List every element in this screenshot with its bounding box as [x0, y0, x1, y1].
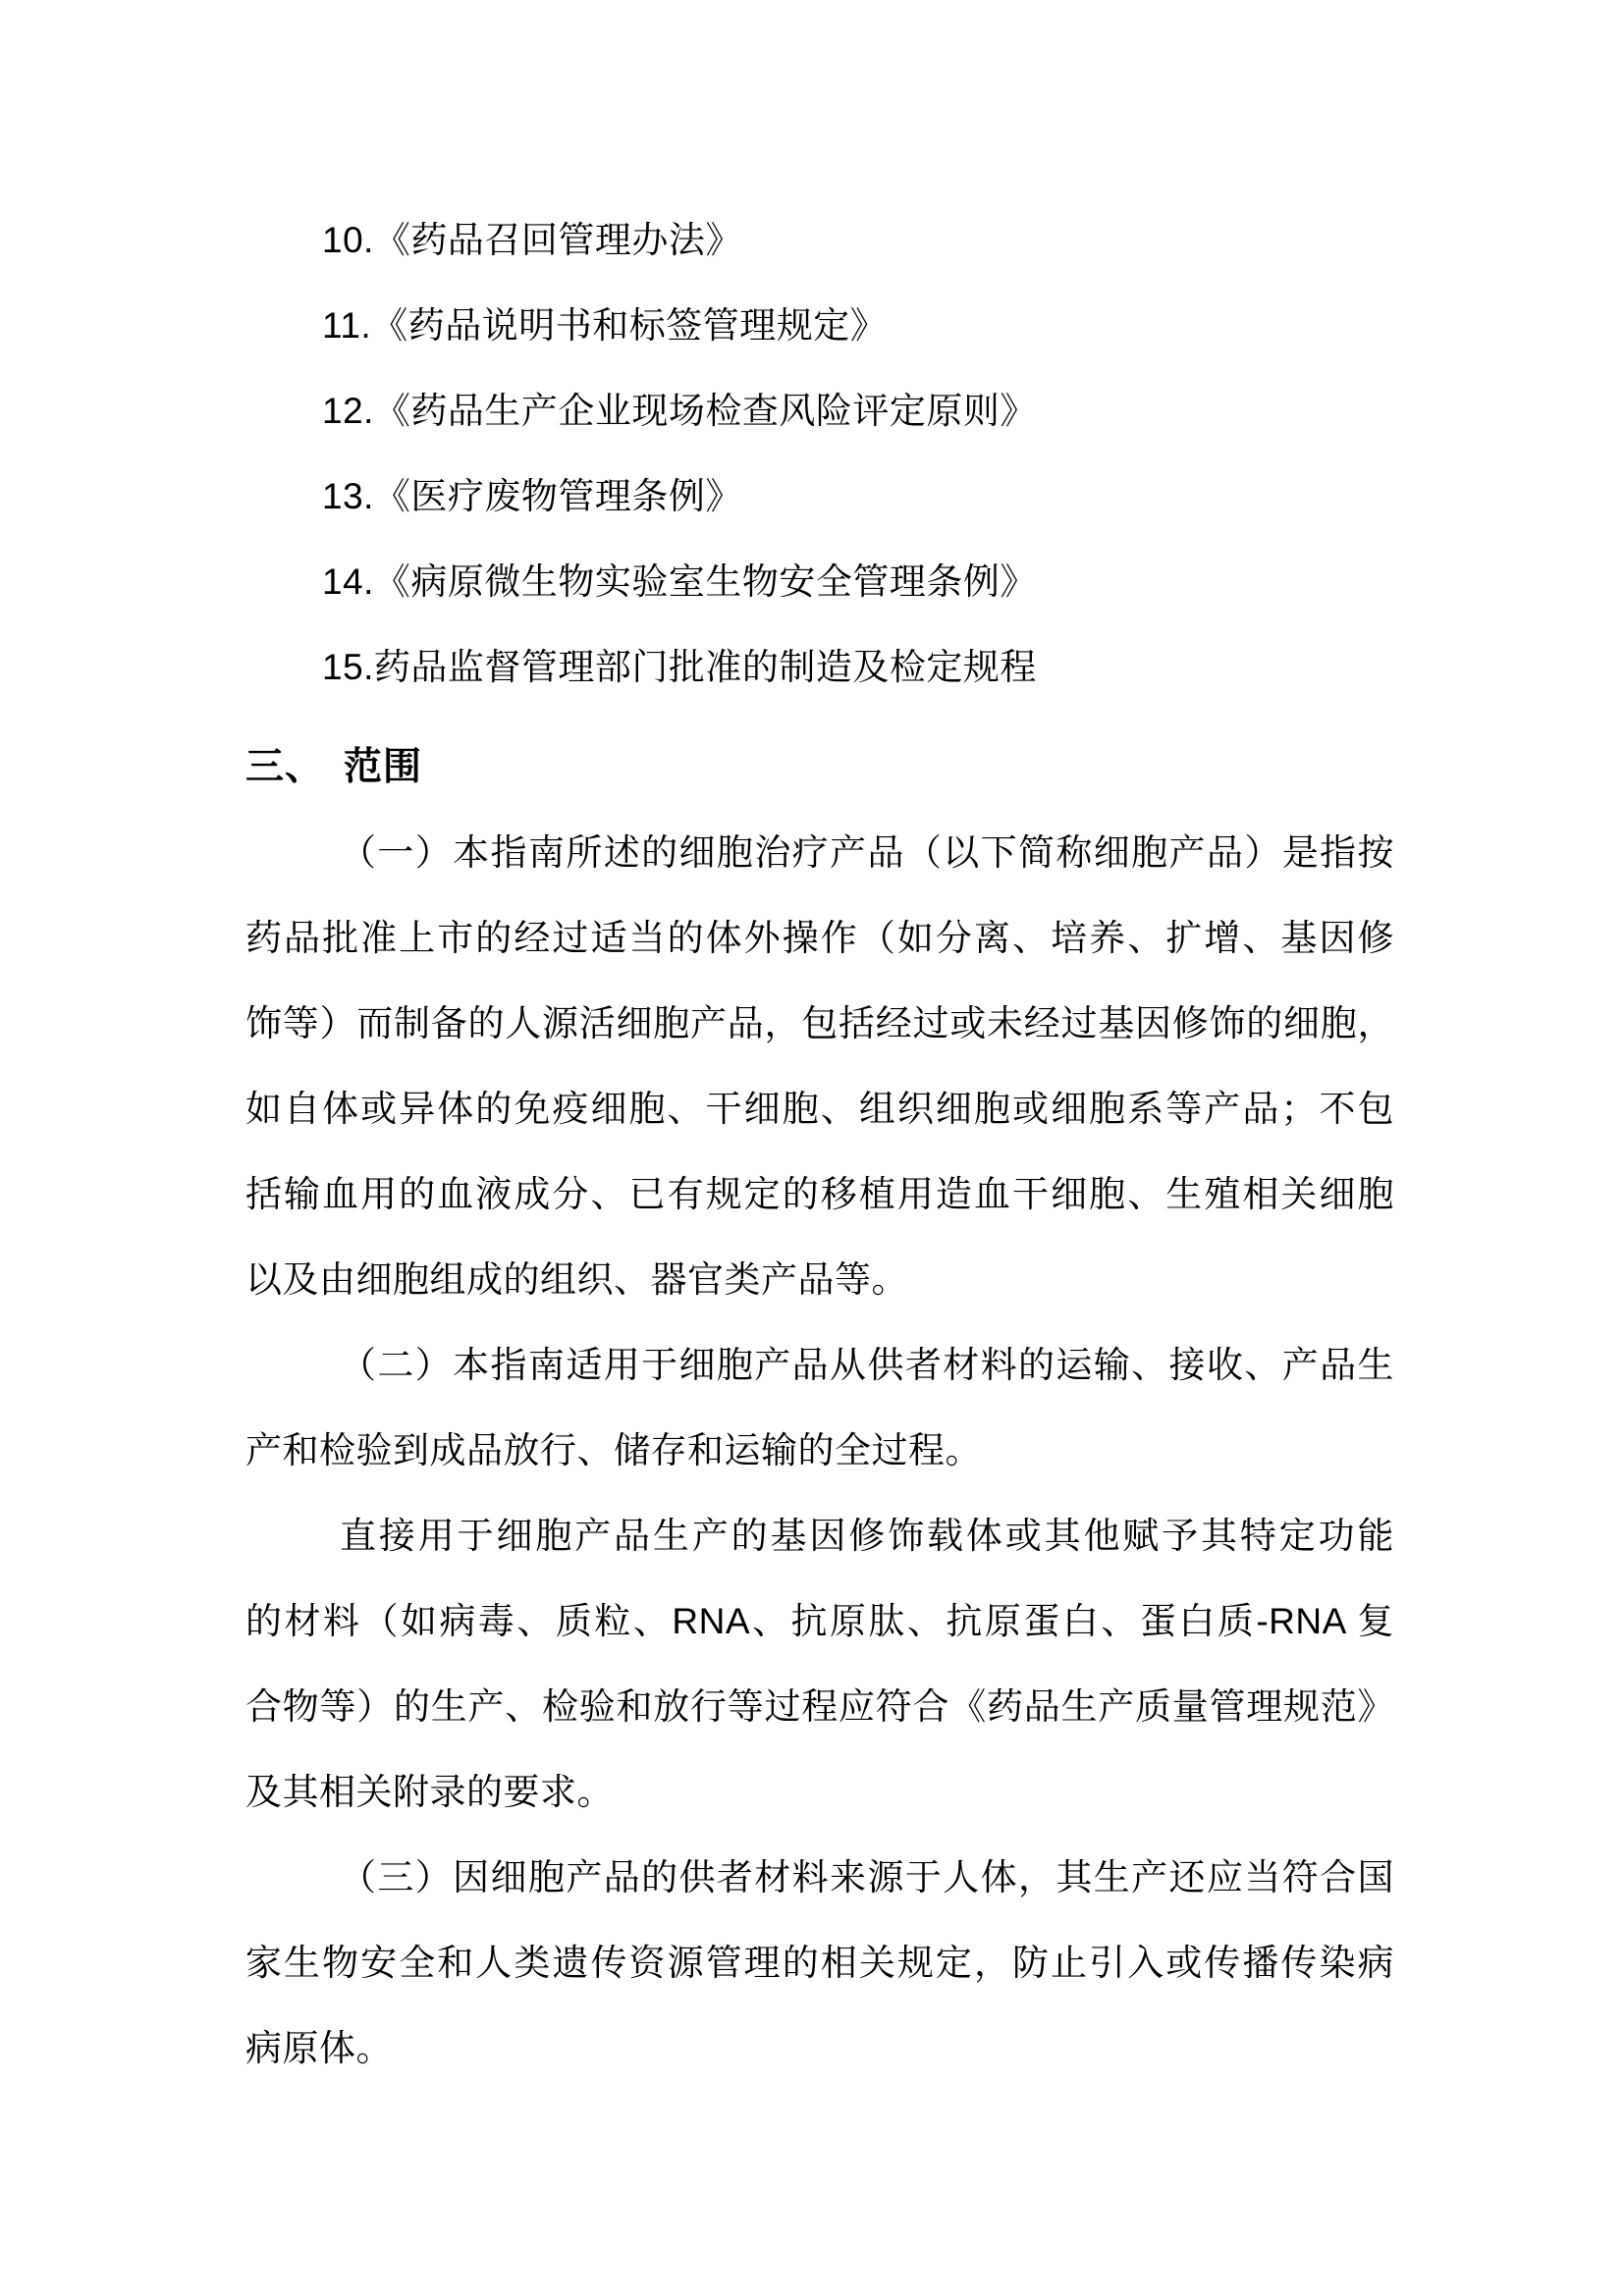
text-line: 及其相关附录的要求。	[245, 1749, 1394, 1835]
text-line: 饰等）而制备的人源活细胞产品，包括经过或未经过基因修饰的细胞，	[245, 981, 1394, 1066]
paragraph-scope-1: （一）本指南所述的细胞治疗产品（以下简称细胞产品）是指按 药品批准上市的经过适当…	[245, 810, 1394, 1322]
list-item-13: 13.《医疗废物管理条例》	[245, 454, 1394, 539]
text-line: （三）因细胞产品的供者材料来源于人体，其生产还应当符合国	[245, 1835, 1394, 1920]
text-line: 以及由细胞组成的组织、器官类产品等。	[245, 1237, 1394, 1322]
list-item-15: 15.药品监督管理部门批准的制造及检定规程	[245, 624, 1394, 710]
list-item-10: 10.《药品召回管理办法》	[245, 197, 1394, 283]
regulation-reference-list: 10.《药品召回管理办法》 11.《药品说明书和标签管理规定》 12.《药品生产…	[245, 197, 1394, 710]
text-line: 直接用于细胞产品生产的基因修饰载体或其他赋予其特定功能	[245, 1493, 1394, 1578]
list-item-14: 14.《病原微生物实验室生物安全管理条例》	[245, 539, 1394, 624]
text-line: 如自体或异体的免疫细胞、干细胞、组织细胞或细胞系等产品；不包	[245, 1066, 1394, 1151]
document-page: 10.《药品召回管理办法》 11.《药品说明书和标签管理规定》 12.《药品生产…	[0, 0, 1624, 2296]
text-line: 病原体。	[245, 2005, 1394, 2091]
text-line: 括输血用的血液成分、已有规定的移植用造血干细胞、生殖相关细胞	[245, 1151, 1394, 1237]
section-heading-title: 范围	[344, 746, 422, 788]
text-line: 药品批准上市的经过适当的体外操作（如分离、培养、扩增、基因修	[245, 895, 1394, 981]
text-line: （二）本指南适用于细胞产品从供者材料的运输、接收、产品生	[245, 1322, 1394, 1408]
list-item-12: 12.《药品生产企业现场检查风险评定原则》	[245, 368, 1394, 454]
text-line: 合物等）的生产、检验和放行等过程应符合《药品生产质量管理规范》	[245, 1664, 1394, 1749]
text-line: 产和检验到成品放行、储存和运输的全过程。	[245, 1408, 1394, 1493]
section-heading-numeral: 三、	[245, 746, 324, 788]
section-heading: 三、范围	[245, 724, 1394, 810]
paragraph-scope-4: （三）因细胞产品的供者材料来源于人体，其生产还应当符合国 家生物安全和人类遗传资…	[245, 1835, 1394, 2091]
text-line: 的材料（如病毒、质粒、RNA、抗原肽、抗原蛋白、蛋白质-RNA 复	[245, 1578, 1394, 1664]
paragraph-scope-2: （二）本指南适用于细胞产品从供者材料的运输、接收、产品生 产和检验到成品放行、储…	[245, 1322, 1394, 1493]
paragraph-scope-3: 直接用于细胞产品生产的基因修饰载体或其他赋予其特定功能 的材料（如病毒、质粒、R…	[245, 1493, 1394, 1835]
list-item-11: 11.《药品说明书和标签管理规定》	[245, 283, 1394, 368]
text-line: 家生物安全和人类遗传资源管理的相关规定，防止引入或传播传染病	[245, 1920, 1394, 2005]
text-line: （一）本指南所述的细胞治疗产品（以下简称细胞产品）是指按	[245, 810, 1394, 895]
